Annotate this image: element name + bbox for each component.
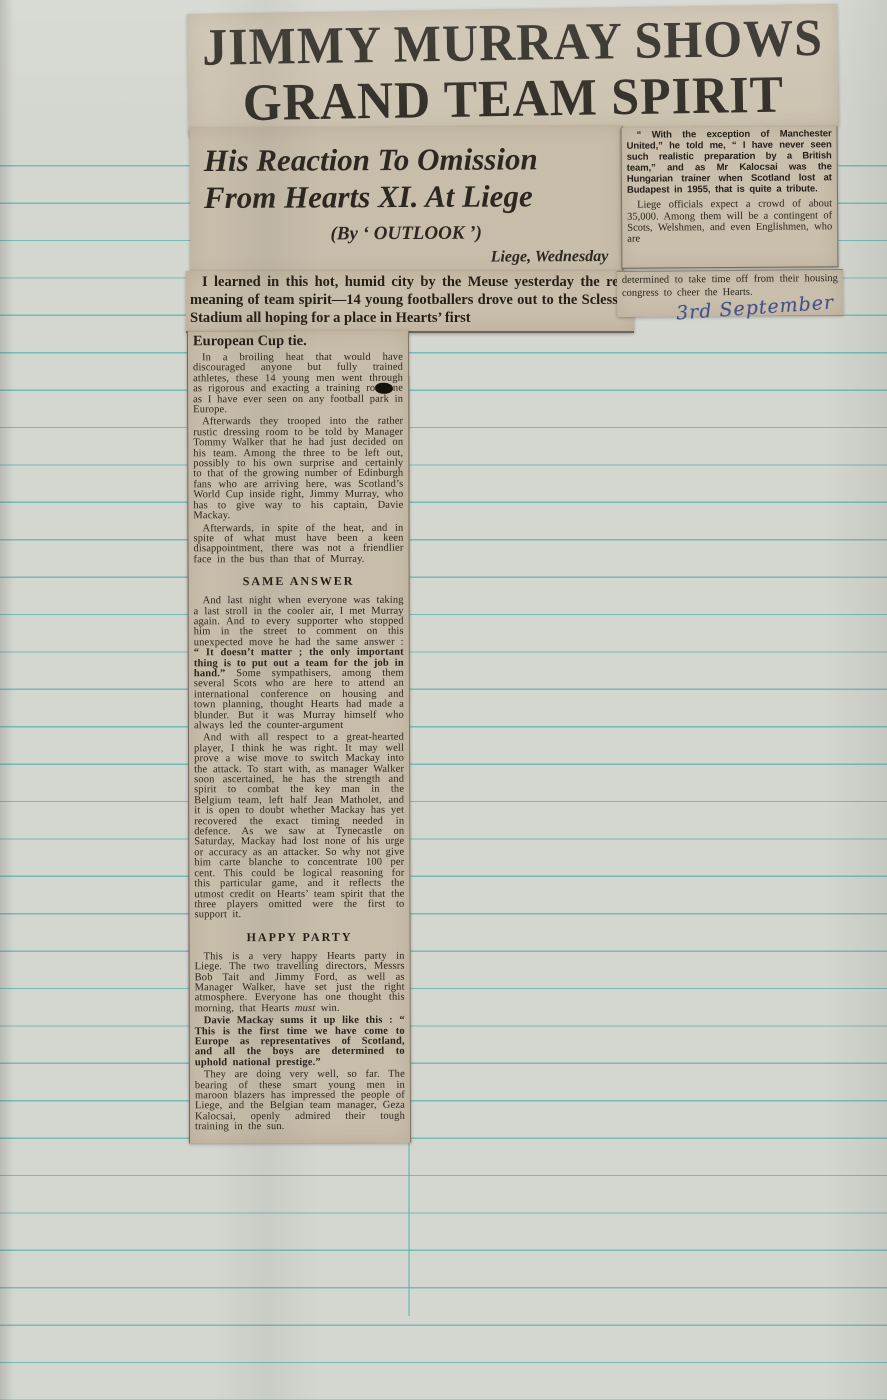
article-paragraph: In a broiling heat that would have disco… [193, 353, 403, 416]
subhead-clipping: His Reaction To Omission From Hearts XI.… [190, 126, 624, 274]
section-heading: HAPPY PARTY [195, 929, 405, 945]
article-paragraph: And last night when everyone was taking … [194, 596, 404, 732]
article-paragraph: Afterwards they trooped into the rather … [193, 417, 403, 522]
article-paragraph: They are doing very well, so far. The be… [195, 1070, 405, 1133]
article-column-clipping: European Cup tie.In a broiling heat that… [187, 331, 411, 1143]
article-paragraph: Davie Mackay sums it up like this : “ Th… [195, 1016, 405, 1069]
subhead-line-1: His Reaction To Omission [190, 140, 622, 179]
lead-paragraph: I learned in this hot, humid city by the… [190, 273, 630, 327]
scrapbook-page: { "colors": { "page_background": "#d4d6d… [0, 0, 887, 1400]
right-column-quote-paragraph: “ With the exception of Manchester Unite… [627, 129, 832, 196]
headline-clipping: JIMMY MURRAY SHOWS GRAND TEAM SPIRIT [187, 4, 839, 136]
headline-line-2: GRAND TEAM SPIRIT [242, 64, 784, 131]
right-column-paragraph: Liege officials expect a crowd of about … [627, 199, 832, 245]
section-heading: SAME ANSWER [194, 574, 404, 590]
lead-paragraph-end: European Cup tie. [193, 333, 403, 351]
lead-paragraph-clipping: I learned in this hot, humid city by the… [186, 271, 634, 333]
right-column-clipping: “ With the exception of Manchester Unite… [621, 126, 839, 269]
dateline: Liege, Wednesday [190, 248, 622, 268]
article-column-body: European Cup tie.In a broiling heat that… [193, 333, 405, 1133]
subhead-line-2: From Hearts XI. At Liege [190, 177, 622, 216]
article-paragraph: This is a very happy Hearts party in Lie… [195, 951, 405, 1014]
byline: (By ‘ OUTLOOK ’) [190, 222, 622, 246]
article-paragraph: And with all respect to a great-hearted … [194, 733, 404, 921]
ink-blot: uti [375, 383, 393, 394]
article-paragraph: Afterwards, in spite of the heat, and in… [193, 523, 403, 565]
